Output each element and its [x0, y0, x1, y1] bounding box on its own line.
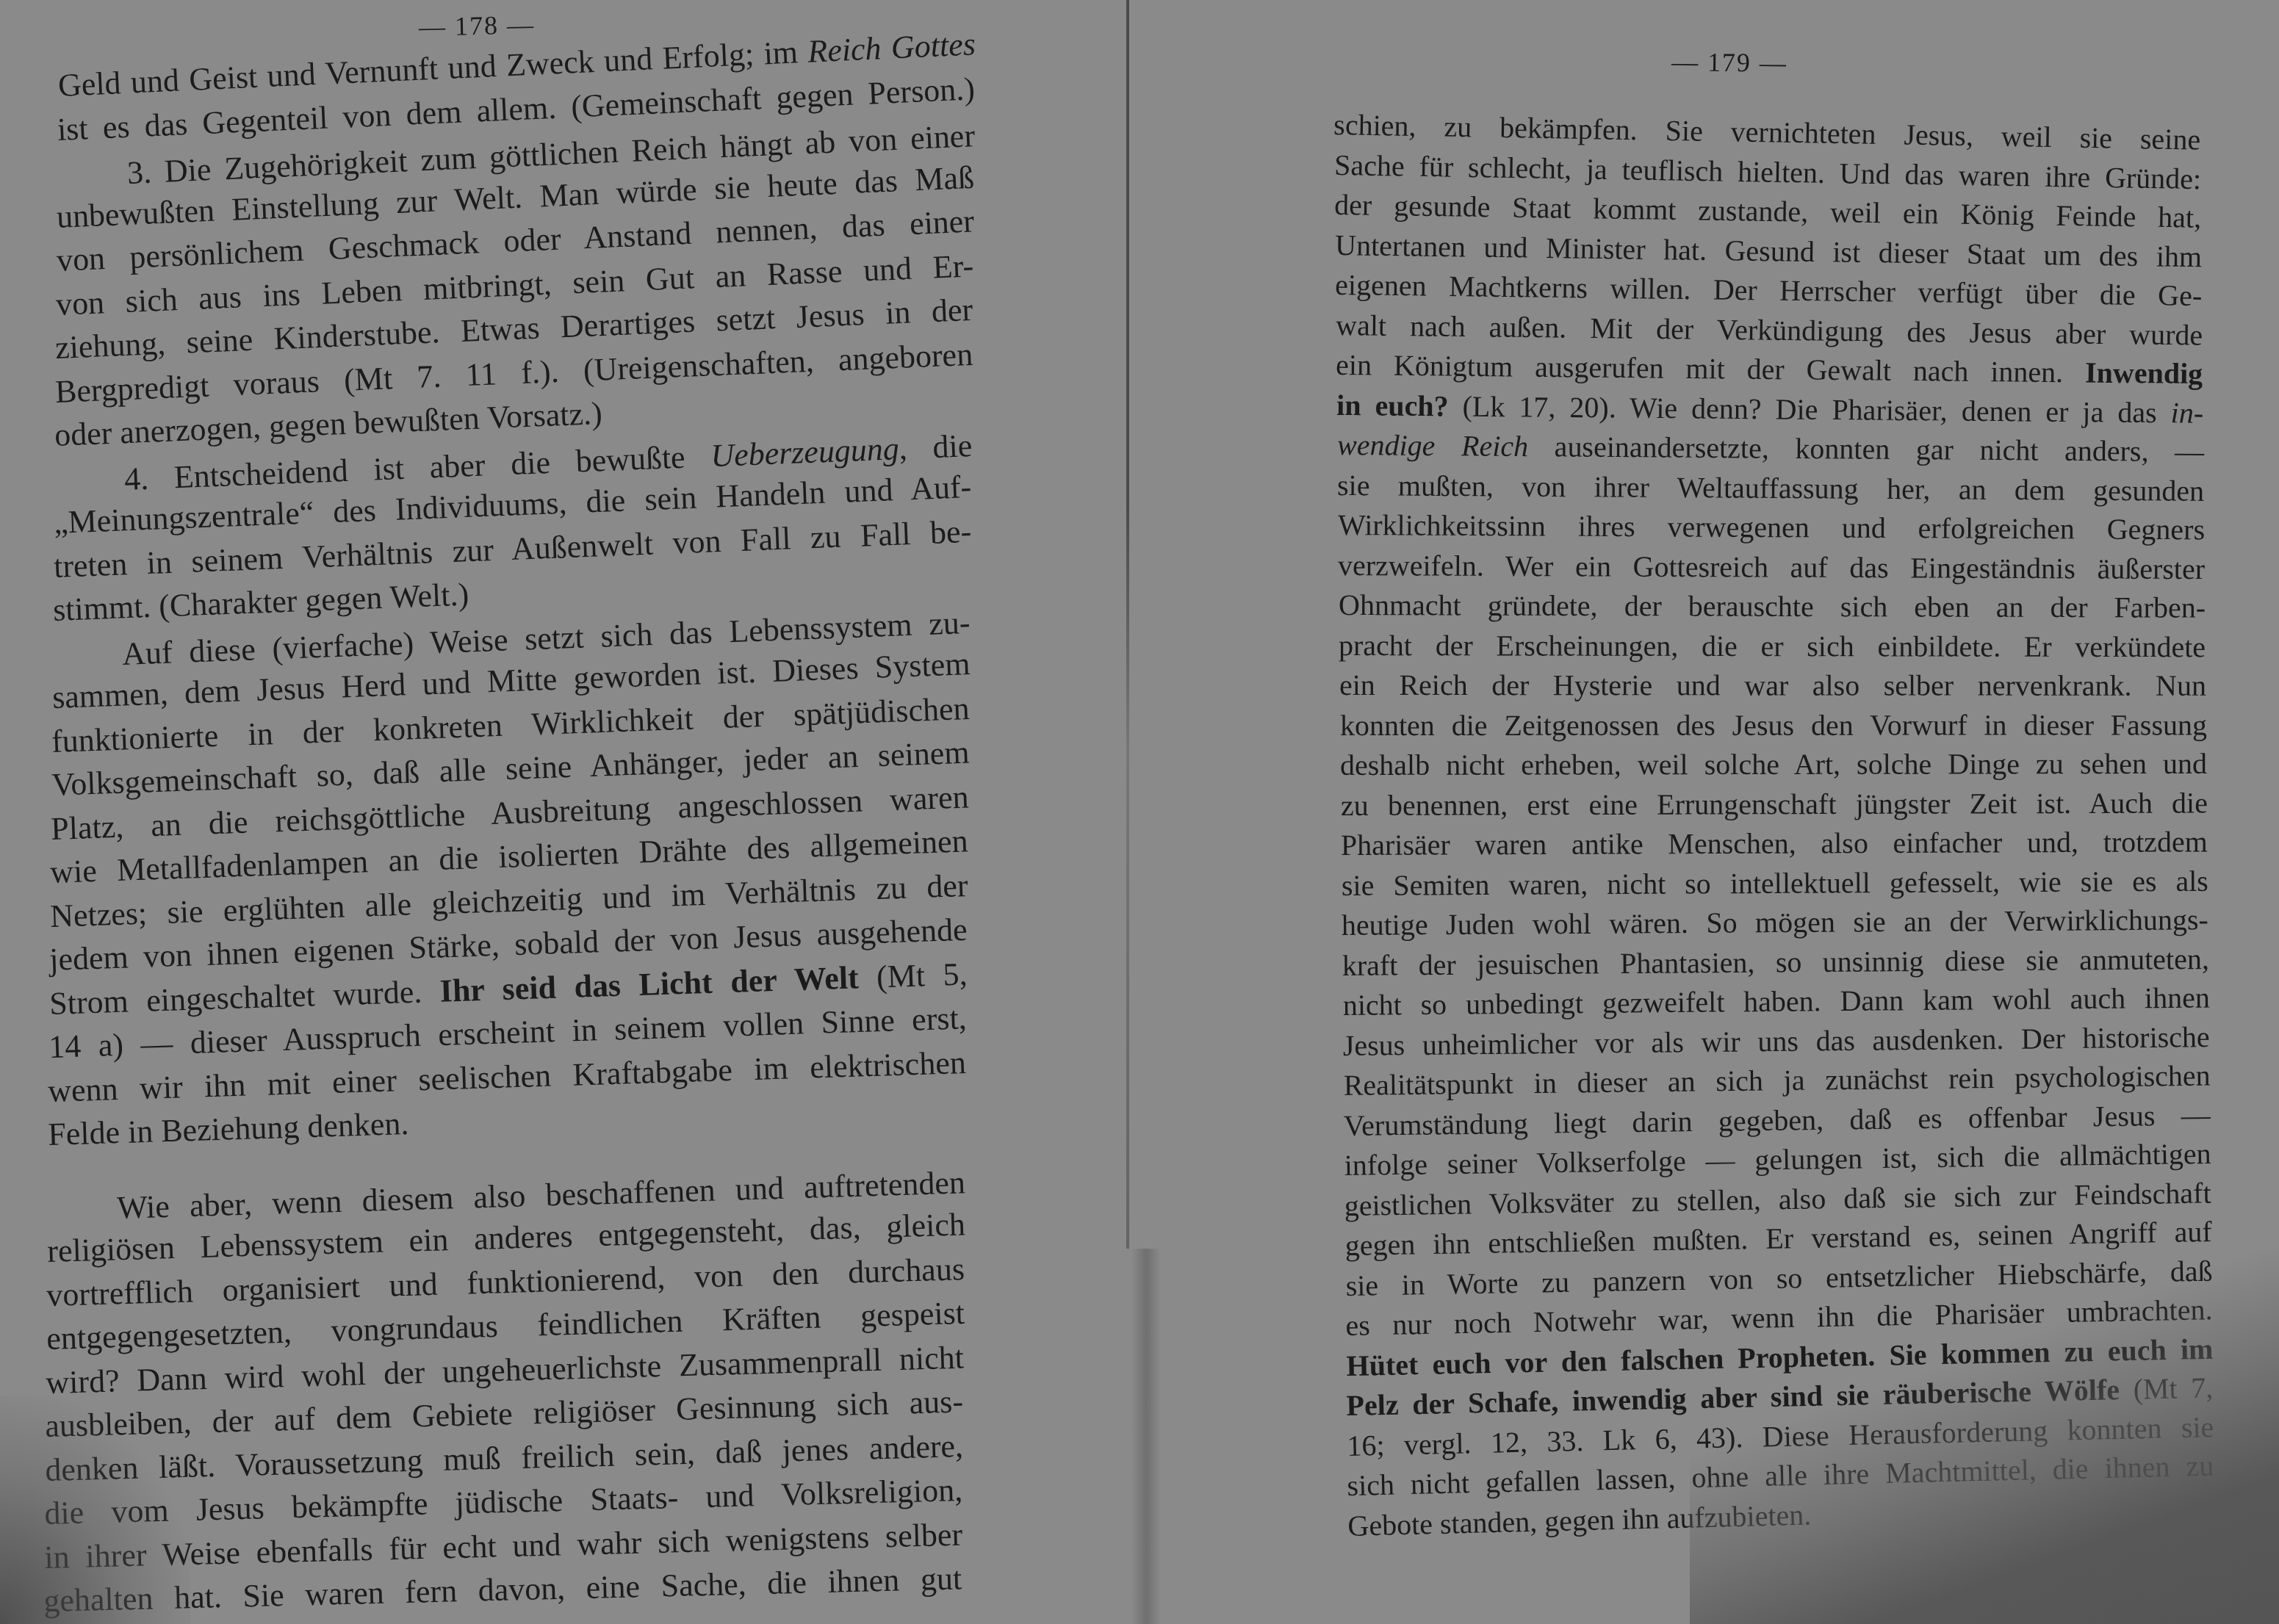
- text-segment: zu benennen, erst eine Errungenschaft jü…: [1341, 786, 2208, 822]
- text-segment: Verumständung liegt darin gegeben, daß e…: [1344, 1098, 2211, 1142]
- text-segment: infolge seiner Volkserfolge — gelungen i…: [1344, 1137, 2211, 1182]
- text-segment: pracht der Erscheinungen, die er sich ei…: [1339, 629, 2206, 663]
- text-line: in euch? (Lk 17, 20). Wie denn? Die Phar…: [1336, 391, 2203, 428]
- text-line: verzweifeln. Wer ein Gottesreich auf das…: [1338, 551, 2205, 584]
- text-segment: verzweifeln. Wer ein Gottesreich auf das…: [1338, 549, 2205, 585]
- text-line: konnten die Zeitgenossen des Jesus den V…: [1340, 710, 2207, 740]
- page-number: — 179 —: [1671, 46, 1787, 79]
- bold-text: Ihr seid das Licht der Welt: [439, 959, 859, 1008]
- text-line: Pharisäer waren antike Menschen, also ei…: [1341, 827, 2208, 860]
- text-line: der gesunde Staat kommt zustande, weil e…: [1334, 190, 2201, 233]
- italic-text: Reich Gottes: [807, 26, 976, 69]
- text-line: zu benennen, erst eine Errungenschaft jü…: [1341, 788, 2208, 820]
- scan-shadow-bottom-left: [0, 1396, 191, 1624]
- italic-text: Ueberzeugung: [710, 430, 899, 474]
- text-segment: sie Semiten waren, nicht so intellektuel…: [1342, 864, 2208, 901]
- text-segment: geistlichen Volksväter zu stellen, also …: [1344, 1176, 2212, 1222]
- text-line: deshalb nicht erheben, weil solche Art, …: [1340, 749, 2207, 780]
- text-segment: , die: [898, 427, 972, 466]
- text-line: walt nach außen. Mit der Verkündigung de…: [1336, 311, 2203, 350]
- text-line: Realitätspunkt in dieser an sich ja zunä…: [1343, 1061, 2210, 1100]
- text-segment: Pharisäer waren antike Menschen, also ei…: [1341, 825, 2208, 862]
- italic-text: in-: [2170, 396, 2203, 429]
- text-segment: stimmt. (Charakter gegen Welt.): [52, 576, 469, 628]
- text-line: schien, zu bekämpfen. Sie vernichteten J…: [1333, 110, 2201, 155]
- text-segment: konnten die Zeitgenossen des Jesus den V…: [1340, 708, 2207, 742]
- text-segment: kraft der jesuischen Phantasien, so unsi…: [1342, 942, 2209, 981]
- text-segment: Realitätspunkt in dieser an sich ja zunä…: [1343, 1059, 2210, 1102]
- text-line: ein Königtum ausgerufen mit der Gewalt n…: [1336, 350, 2203, 389]
- text-line: Wirklichkeitssinn ihres verwegenen und e…: [1338, 510, 2205, 544]
- text-line: sie mußten, von ihrer Weltauffassung her…: [1337, 471, 2204, 506]
- text-segment: sie mußten, von ihrer Weltauffassung her…: [1337, 469, 2204, 508]
- text-segment: auseinandersetzte, konnten gar nicht and…: [1528, 430, 2204, 468]
- text-segment: ein Königtum ausgerufen mit der Gewalt n…: [1336, 348, 2085, 389]
- text-segment: nicht so unbedingt gezweifelt haben. Dan…: [1342, 981, 2209, 1022]
- text-segment: Felde in Beziehung denken.: [47, 1105, 408, 1152]
- text-line: Sache für schlecht, ja teuflisch hielten…: [1334, 151, 2201, 194]
- text-segment: Untertanen und Minister hat. Gesund ist …: [1335, 228, 2203, 273]
- text-segment: heutige Juden wohl wären. So mögen sie a…: [1342, 903, 2208, 942]
- text-line: Untertanen und Minister hat. Gesund ist …: [1335, 231, 2202, 272]
- text-line: ein Reich der Hysterie und war also selb…: [1339, 671, 2206, 701]
- text-segment: Sache für schlecht, ja teuflisch hielten…: [1334, 148, 2202, 195]
- text-line: Ohnmacht gründete, der berauschte sich e…: [1339, 591, 2206, 623]
- text-line: infolge seiner Volkserfolge — gelungen i…: [1344, 1139, 2211, 1180]
- text-line: kraft der jesuischen Phantasien, so unsi…: [1342, 944, 2209, 980]
- text-segment: (Lk 17, 20). Wie denn? Die Pharisäer, de…: [1448, 389, 2171, 429]
- bold-text: Inwendig: [2085, 356, 2203, 391]
- text-line: sie Semiten waren, nicht so intellektuel…: [1342, 866, 2208, 900]
- text-segment: Ohnmacht gründete, der berauschte sich e…: [1339, 588, 2206, 624]
- text-segment: walt nach außen. Mit der Verkündigung de…: [1336, 308, 2203, 352]
- left-page: — 178 — Geld und Geist und Vernunft und …: [0, 0, 1128, 1624]
- text-segment: ein Reich der Hysterie und war also selb…: [1339, 668, 2206, 702]
- bold-text: in euch?: [1336, 389, 1449, 422]
- text-segment: eigenen Machtkerns willen. Der Herrscher…: [1335, 268, 2202, 312]
- text-line: geistlichen Volksväter zu stellen, also …: [1344, 1178, 2211, 1221]
- text-segment: Strom eingeschaltet wurde.: [48, 972, 440, 1021]
- text-segment: deshalb nicht erheben, weil solche Art, …: [1340, 747, 2207, 782]
- text-segment: Wirklichkeitssinn ihres verwegenen und e…: [1338, 508, 2205, 546]
- scan-shadow-bottom-right: [1690, 1249, 2279, 1624]
- text-segment: der gesunde Staat kommt zustande, weil e…: [1334, 188, 2202, 234]
- text-line: pracht der Erscheinungen, die er sich ei…: [1339, 631, 2206, 662]
- text-segment: schien, zu bekämpfen. Sie vernichteten J…: [1333, 108, 2201, 156]
- text-line: wendige Reich auseinandersetzte, konnten…: [1337, 430, 2204, 466]
- text-segment: (Mt 5,: [857, 956, 968, 995]
- text-line: nicht so unbedingt gezweifelt haben. Dan…: [1342, 983, 2209, 1020]
- page-number: — 178 —: [419, 9, 536, 42]
- text-segment: Jesus unheimlicher vor als wir uns das a…: [1343, 1020, 2210, 1062]
- text-line: heutige Juden wohl wären. So mögen sie a…: [1342, 905, 2208, 940]
- italic-text: wendige Reich: [1337, 428, 1528, 463]
- text-line: Jesus unheimlicher vor als wir uns das a…: [1343, 1022, 2210, 1061]
- text-line: Verumständung liegt darin gegeben, daß e…: [1344, 1100, 2211, 1141]
- text-line: eigenen Machtkerns willen. Der Herrscher…: [1335, 270, 2202, 311]
